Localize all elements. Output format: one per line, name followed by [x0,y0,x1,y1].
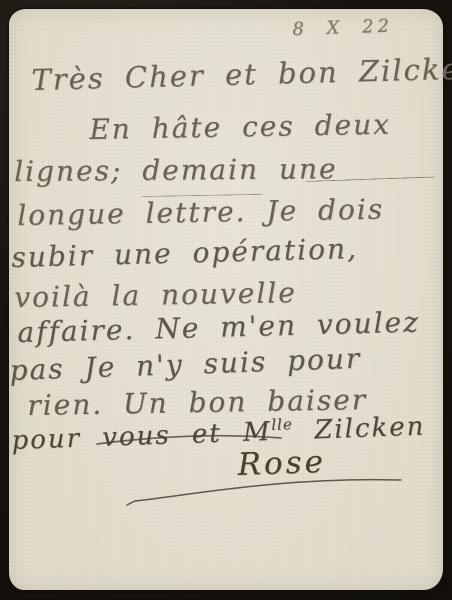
letter-page: 8 X 22 Très Cher et bon Zilcken En hâte … [9,9,443,590]
letter-line: voilà la nouvelle [14,276,297,314]
letter-date: 8 X 22 [292,15,393,39]
signature-flourish [121,469,407,511]
letter-photograph: 8 X 22 Très Cher et bon Zilcken En hâte … [0,0,452,600]
letter-line: lignes; demain une [14,152,338,188]
letter-salutation: Très Cher et bon Zilcken [31,51,452,97]
letter-line: subir une opération, [11,232,358,274]
letter-paper: 8 X 22 Très Cher et bon Zilcken En hâte … [9,9,443,590]
letter-line: En hâte ces deux [89,108,391,146]
closing-prefix: pour [11,423,103,456]
letter-line: pas Je n'y suis pour [9,342,362,387]
closing-rest: Zilcken [293,412,426,447]
letter-line: longue lettre. Je dois [17,193,384,232]
